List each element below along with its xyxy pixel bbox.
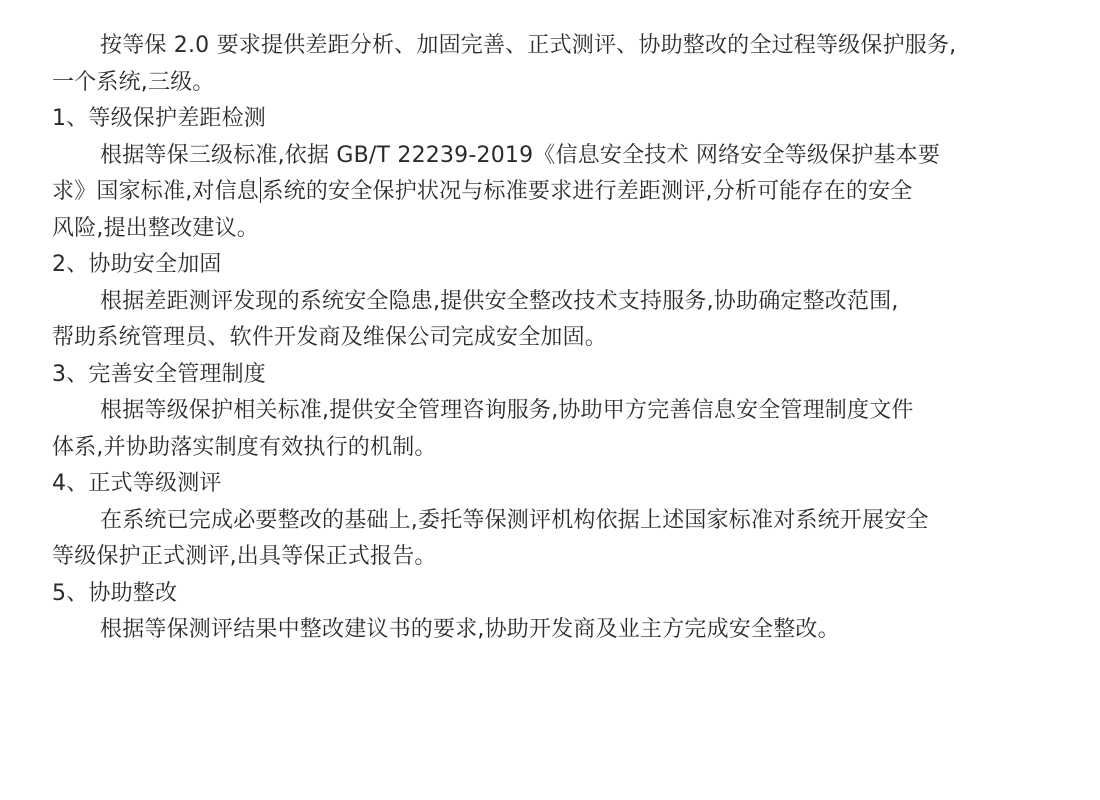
section-4-line-1: 在系统已完成必要整改的基础上,委托等保测评机构依据上述国家标准对系统开展安全 bbox=[52, 503, 1032, 540]
section-4-line-2: 等级保护正式测评,出具等保正式报告。 bbox=[52, 539, 1032, 576]
section-4-heading: 4、正式等级测评 bbox=[52, 466, 1032, 503]
section-2-heading: 2、协助安全加固 bbox=[52, 247, 1032, 284]
section-1-line-2: 求》国家标准,对信息系统的安全保护状况与标准要求进行差距测评,分析可能存在的安全 bbox=[52, 174, 1032, 211]
section-1-line-2-after-caret: 系统的安全保护状况与标准要求进行差距测评,分析可能存在的安全 bbox=[262, 179, 913, 204]
section-1-line-1: 根据等保三级标准,依据 GB/T 22239-2019《信息安全技术 网络安全等… bbox=[52, 138, 1032, 175]
section-1-line-2-before-caret: 求》国家标准,对信息 bbox=[52, 179, 259, 204]
section-3-heading: 3、完善安全管理制度 bbox=[52, 357, 1032, 394]
section-2-line-2: 帮助系统管理员、软件开发商及维保公司完成安全加固。 bbox=[52, 320, 1032, 357]
section-1-heading: 1、等级保护差距检测 bbox=[52, 101, 1032, 138]
intro-line-1: 按等保 2.0 要求提供差距分析、加固完善、正式测评、协助整改的全过程等级保护服… bbox=[52, 28, 1032, 65]
section-2-line-1: 根据差距测评发现的系统安全隐患,提供安全整改技术支持服务,协助确定整改范围, bbox=[52, 284, 1032, 321]
section-3-line-1: 根据等级保护相关标准,提供安全管理咨询服务,协助甲方完善信息安全管理制度文件 bbox=[52, 393, 1032, 430]
section-1-line-3: 风险,提出整改建议。 bbox=[52, 211, 1032, 248]
section-5-line-1: 根据等保测评结果中整改建议书的要求,协助开发商及业主方完成安全整改。 bbox=[52, 612, 1032, 649]
section-3-line-2: 体系,并协助落实制度有效执行的机制。 bbox=[52, 430, 1032, 467]
section-5-heading: 5、协助整改 bbox=[52, 576, 1032, 613]
document-body[interactable]: 按等保 2.0 要求提供差距分析、加固完善、正式测评、协助整改的全过程等级保护服… bbox=[52, 28, 1032, 649]
intro-line-2: 一个系统,三级。 bbox=[52, 65, 1032, 102]
